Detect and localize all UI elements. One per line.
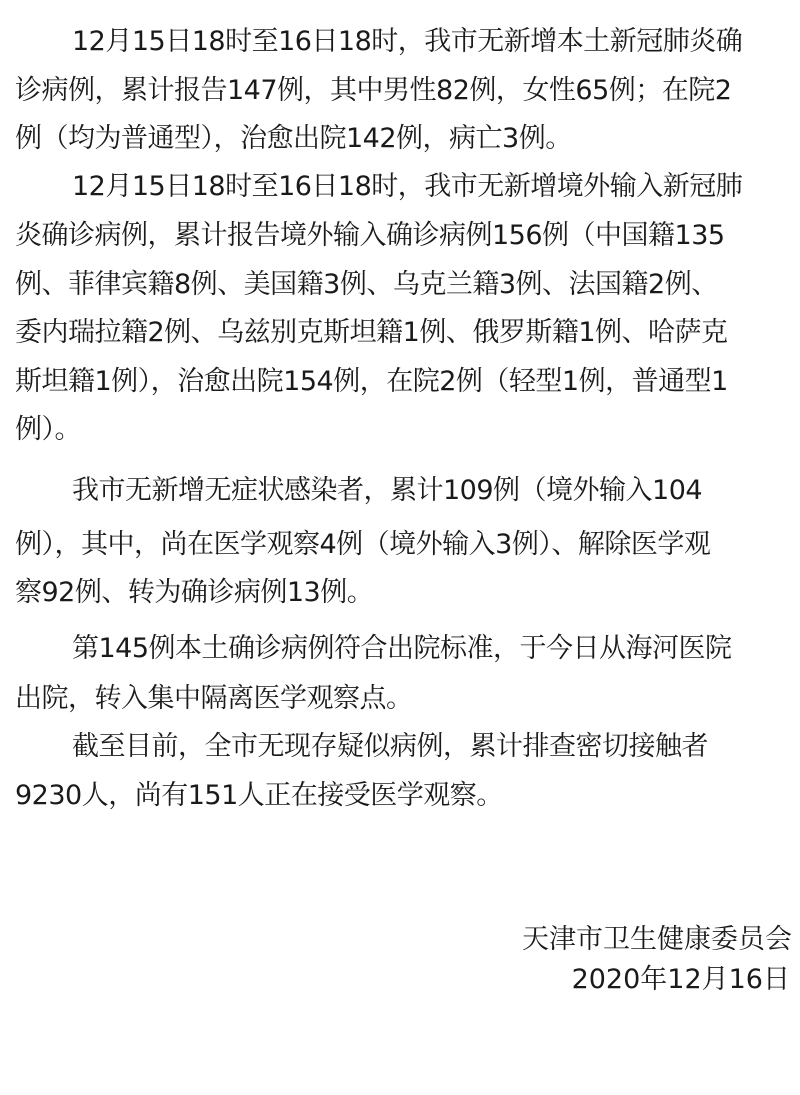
paragraph-asymptomatic-line-3: 察92例、转为确诊病例13例。	[15, 573, 785, 613]
paragraph-discharge-line-1: 第145例本土确诊病例符合出院标准，于今日从海河医院	[72, 629, 785, 669]
paragraph-imported-cases-line-5: 斯坦籍1例），治愈出院154例，在院2例（轻型1例，普通型1	[15, 362, 785, 402]
paragraph-imported-cases-line-1: 12月15日18时至16日18时，我市无新增境外输入新冠肺	[72, 167, 785, 207]
signature-date: 2020年12月16日	[0, 960, 800, 1000]
paragraph-local-cases-line-2: 诊病例，累计报告147例，其中男性82例，女性65例；在院2	[15, 71, 785, 111]
paragraph-discharge-line-2: 出院，转入集中隔离医学观察点。	[15, 679, 785, 719]
notice-document: 12月15日18时至16日18时，我市无新增本土新冠肺炎确 诊病例，累计报告14…	[0, 0, 800, 1095]
paragraph-imported-cases-line-6: 例）。	[15, 410, 785, 450]
paragraph-imported-cases-line-4: 委内瑞拉籍2例、乌兹别克斯坦籍1例、俄罗斯籍1例、哈萨克	[15, 313, 785, 353]
paragraph-contacts-line-1: 截至目前，全市无现存疑似病例，累计排查密切接触者	[72, 727, 785, 767]
paragraph-imported-cases-line-3: 例、菲律宾籍8例、美国籍3例、乌克兰籍3例、法国籍2例、	[15, 265, 785, 305]
paragraph-asymptomatic-line-1: 我市无新增无症状感染者，累计109例（境外输入104	[72, 471, 785, 511]
paragraph-contacts-line-2: 9230人，尚有151人正在接受医学观察。	[15, 776, 785, 816]
signature-organization: 天津市卫生健康委员会	[0, 920, 800, 960]
paragraph-asymptomatic-line-2: 例），其中，尚在医学观察4例（境外输入3例）、解除医学观	[15, 525, 785, 565]
paragraph-local-cases-line-1: 12月15日18时至16日18时，我市无新增本土新冠肺炎确	[72, 22, 785, 62]
paragraph-imported-cases-line-2: 炎确诊病例，累计报告境外输入确诊病例156例（中国籍135	[15, 216, 785, 256]
paragraph-local-cases-line-3: 例（均为普通型），治愈出院142例，病亡3例。	[15, 119, 785, 159]
